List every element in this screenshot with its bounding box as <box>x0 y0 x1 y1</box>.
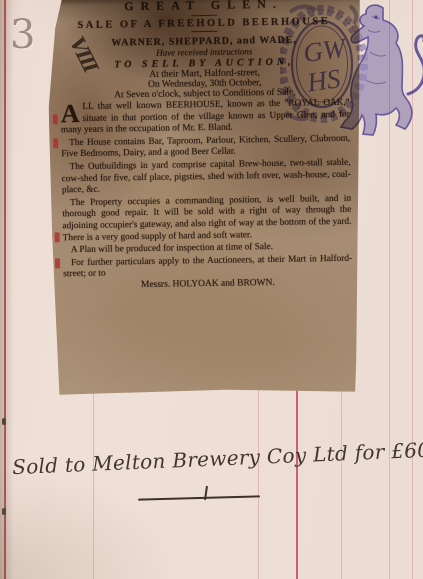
gwhs-stamp: GW HS <box>280 0 423 136</box>
paragraph-house: The House contains Bar, Taproom, Parlour… <box>61 134 350 162</box>
red-ink-mark <box>53 114 58 124</box>
paragraph-outbuildings: The Outbuildings in yard comprise capita… <box>61 158 351 197</box>
binding-edge <box>0 0 14 579</box>
red-ink-mark <box>55 232 60 242</box>
handwritten-sale-note: Sold to Melton Brewery Coy Ltd for £600. <box>12 439 403 479</box>
red-ink-mark <box>53 138 58 148</box>
stamp-initials-top: GW <box>301 32 349 68</box>
ledger-page: 3 GREAT GLEN. SALE OF A FREEHOLD BEERHOU… <box>0 0 423 579</box>
red-ink-mark <box>55 258 60 268</box>
page-number: 3 <box>10 12 35 58</box>
stitch-mark <box>2 508 6 515</box>
rampant-lion-icon <box>341 5 423 135</box>
divider <box>191 31 217 32</box>
stitch-mark <box>2 418 6 425</box>
stamp-initials-bottom: HS <box>304 63 342 98</box>
handwriting-underline <box>138 495 260 500</box>
divider <box>191 15 217 16</box>
paragraph-position: The Property occupies a commanding posit… <box>62 193 352 244</box>
